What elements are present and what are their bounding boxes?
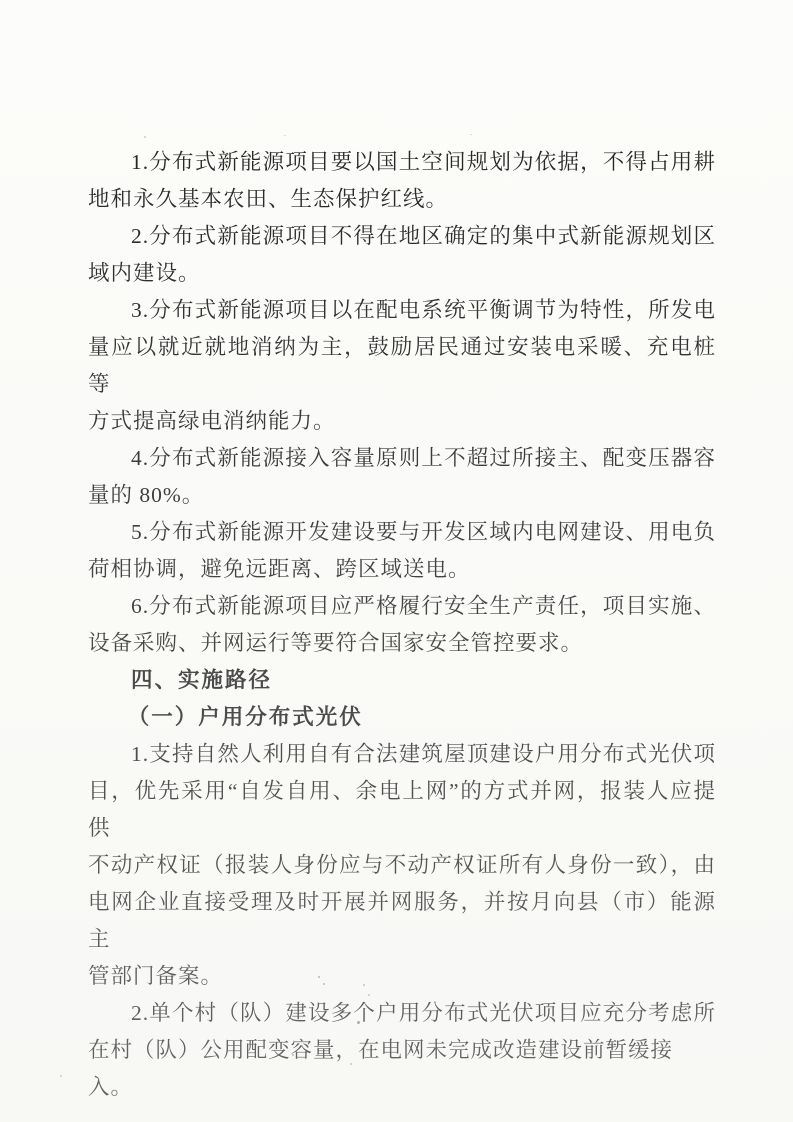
scan-speck bbox=[284, 135, 286, 136]
text-line: 不动产权证（报装人身份应与不动产权证所有人身份一致），由 bbox=[88, 847, 716, 884]
text-line: 地和永久基本农田、生态保护红线。 bbox=[88, 181, 716, 218]
text-line: 4.分布式新能源接入容量原则上不超过所接主、配变压器容 bbox=[88, 440, 716, 477]
text-line: 方式提高绿电消纳能力。 bbox=[88, 403, 716, 440]
text-line: 设备采购、并网运行等要符合国家安全管控要求。 bbox=[88, 625, 716, 662]
text-line: 管部门备案。 bbox=[88, 958, 716, 995]
scan-speck bbox=[470, 134, 472, 135]
text-line: 域内建设。 bbox=[88, 255, 716, 292]
text-line: 1.分布式新能源项目要以国土空间规划为依据，不得占用耕 bbox=[88, 144, 716, 181]
text-line: 量的 80%。 bbox=[88, 477, 716, 514]
text-line: 2.分布式新能源项目不得在地区确定的集中式新能源规划区 bbox=[88, 218, 716, 255]
text-line: 量应以就近就地消纳为主，鼓励居民通过安装电采暖、充电桩等 bbox=[88, 329, 716, 403]
text-line: 电网企业直接受理及时开展并网服务，并按月向县（市）能源主 bbox=[88, 884, 716, 958]
section-heading: 四、实施路径 bbox=[88, 662, 716, 699]
text-line: 2.单个村（队）建设多个户用分布式光伏项目应充分考虑所 bbox=[88, 995, 716, 1032]
document-body: 1.分布式新能源项目要以国土空间规划为依据，不得占用耕地和永久基本农田、生态保护… bbox=[88, 144, 716, 1106]
text-line: 3.分布式新能源项目以在配电系统平衡调节为特性，所发电 bbox=[88, 292, 716, 329]
document-page: 1.分布式新能源项目要以国土空间规划为依据，不得占用耕地和永久基本农田、生态保护… bbox=[0, 0, 793, 1122]
scan-speck bbox=[60, 1075, 62, 1077]
text-line: 在村（队）公用配变容量，在电网未完成改造建设前暂缓接入。 bbox=[88, 1032, 716, 1106]
text-line: 荷相协调，避免远距离、跨区域送电。 bbox=[88, 551, 716, 588]
text-line: 6.分布式新能源项目应严格履行安全生产责任，项目实施、 bbox=[88, 588, 716, 625]
text-line: 5.分布式新能源开发建设要与开发区域内电网建设、用电负 bbox=[88, 514, 716, 551]
scan-speck bbox=[144, 136, 146, 138]
text-line: 1.支持自然人利用自有合法建筑屋顶建设户用分布式光伏项 bbox=[88, 736, 716, 773]
subsection-heading: （一）户用分布式光伏 bbox=[88, 699, 716, 736]
text-line: 目，优先采用“自发自用、余电上网”的方式并网，报装人应提供 bbox=[88, 773, 716, 847]
